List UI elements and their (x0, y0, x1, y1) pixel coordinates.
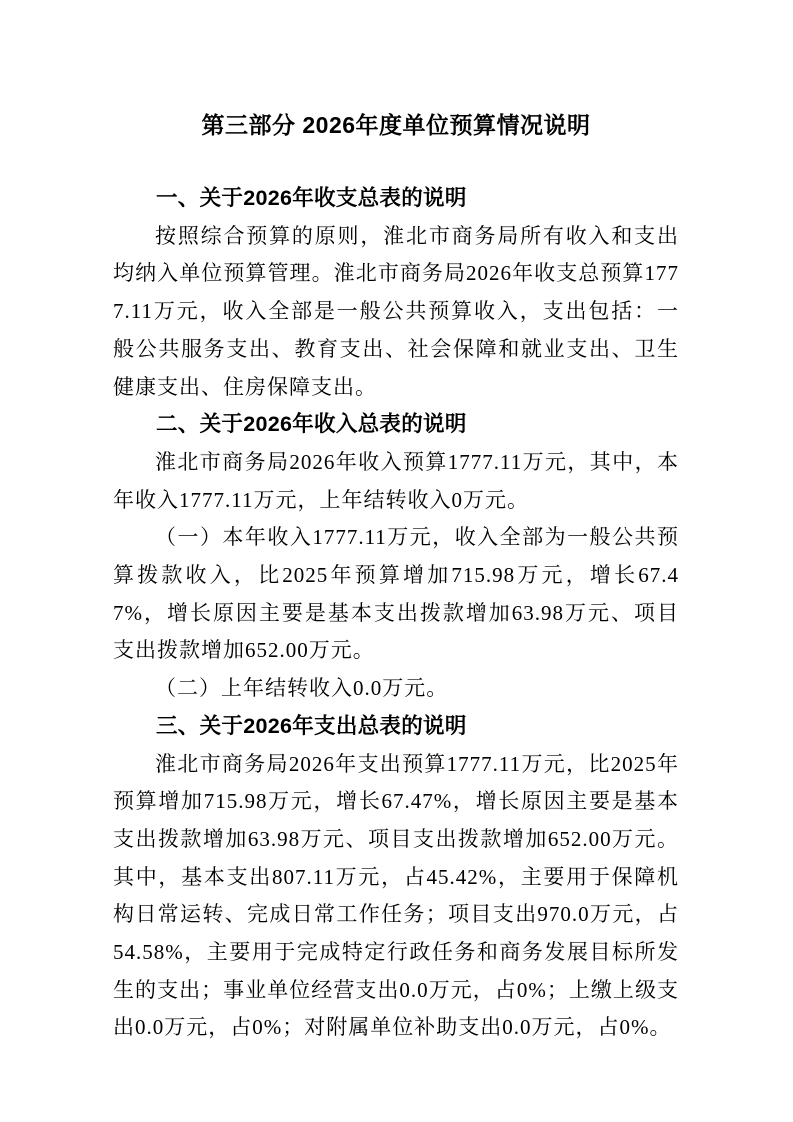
section-2-heading: 二、关于2026年收入总表的说明 (113, 406, 679, 444)
section-income-statement: 二、关于2026年收入总表的说明 淮北市商务局2026年收入预算1777.11万… (113, 406, 679, 708)
section-expenditure-statement: 三、关于2026年支出总表的说明 淮北市商务局2026年支出预算1777.11万… (113, 708, 679, 1047)
section-2-paragraph-3: （二）上年结转收入0.0万元。 (113, 670, 679, 708)
section-2-paragraph-2: （一）本年收入1777.11万元，收入全部为一般公共预算拨款收入，比2025年预… (113, 519, 679, 670)
document-page: 第三部分 2026年度单位预算情况说明 一、关于2026年收支总表的说明 按照综… (0, 0, 793, 1122)
document-title: 第三部分 2026年度单位预算情况说明 (113, 103, 679, 147)
section-3-heading: 三、关于2026年支出总表的说明 (113, 708, 679, 746)
section-2-paragraph-1: 淮北市商务局2026年收入预算1777.11万元，其中，本年收入1777.11万… (113, 444, 679, 519)
section-3-paragraph-1: 淮北市商务局2026年支出预算1777.11万元，比2025年预算增加715.9… (113, 746, 679, 1048)
section-budget-overview: 一、关于2026年收支总表的说明 按照综合预算的原则，淮北市商务局所有收入和支出… (113, 180, 679, 406)
section-1-paragraph-1: 按照综合预算的原则，淮北市商务局所有收入和支出均纳入单位预算管理。淮北市商务局2… (113, 218, 679, 407)
section-1-heading: 一、关于2026年收支总表的说明 (113, 180, 679, 218)
